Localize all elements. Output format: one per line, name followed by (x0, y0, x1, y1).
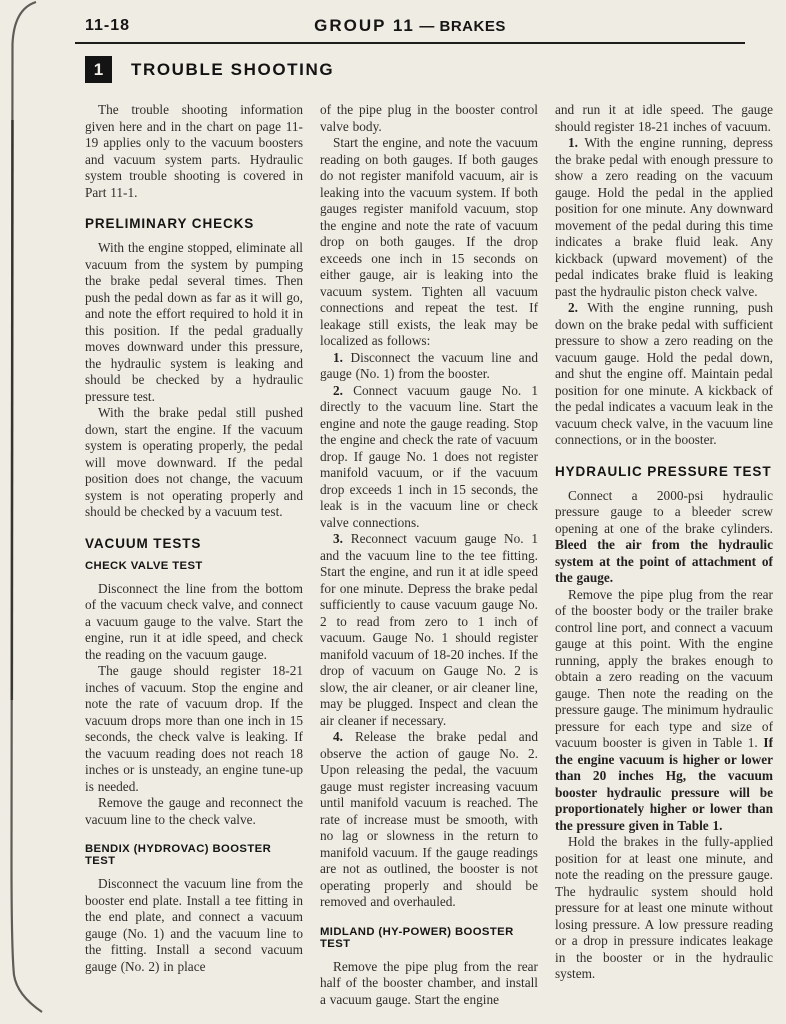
sub-heading: CHECK VALVE TEST (85, 560, 303, 572)
paragraph: 3. Reconnect vacuum gauge No. 1 and the … (320, 531, 538, 729)
paragraph: Disconnect the vacuum line from the boos… (85, 876, 303, 975)
header-rule (75, 42, 745, 44)
section-heading: PRELIMINARY CHECKS (85, 216, 303, 231)
section-number-badge: 1 (85, 56, 112, 83)
group-title-sub: — BRAKES (419, 18, 506, 35)
sub-heading: BENDIX (HYDROVAC) BOOSTER TEST (85, 843, 303, 867)
paragraph: Start the engine, and note the vacuum re… (320, 135, 538, 350)
paragraph: 1. Disconnect the vacuum line and gauge … (320, 350, 538, 383)
text-columns: The trouble shooting information given h… (85, 102, 773, 1018)
paragraph: 2. Connect vacuum gauge No. 1 directly t… (320, 383, 538, 532)
paragraph: Hold the brakes in the fully-applied pos… (555, 834, 773, 983)
section-title: TROUBLE SHOOTING (131, 60, 334, 80)
paragraph: of the pipe plug in the booster control … (320, 102, 538, 135)
section-heading-row: 1 TROUBLE SHOOTING (85, 56, 334, 83)
paragraph: and run it at idle speed. The gauge shou… (555, 102, 773, 135)
paragraph: The trouble shooting information given h… (85, 102, 303, 201)
column-1: The trouble shooting information given h… (85, 102, 303, 1018)
paragraph: Remove the gauge and reconnect the vacuu… (85, 795, 303, 828)
group-title-main: GROUP 11 (314, 16, 415, 35)
paragraph: 1. With the engine running, depress the … (555, 135, 773, 300)
section-heading: HYDRAULIC PRESSURE TEST (555, 464, 773, 479)
paragraph: Remove the pipe plug from the rear half … (320, 959, 538, 1009)
scanned-manual-page: { "colors": { "paper": "#efece3", "ink":… (0, 0, 786, 1024)
section-heading: VACUUM TESTS (85, 536, 303, 551)
paragraph: With the engine stopped, eliminate all v… (85, 240, 303, 405)
column-2: of the pipe plug in the booster control … (320, 102, 538, 1018)
paragraph: 4. Release the brake pedal and observe t… (320, 729, 538, 911)
paragraph: Remove the pipe plug from the rear of th… (555, 587, 773, 835)
paragraph: Connect a 2000-psi hydraulic pressure ga… (555, 488, 773, 587)
paragraph: 2. With the engine running, push down on… (555, 300, 773, 449)
group-title: GROUP 11 — BRAKES (75, 16, 745, 36)
paragraph: Disconnect the line from the bottom of t… (85, 581, 303, 664)
paragraph: With the brake pedal still pushed down, … (85, 405, 303, 521)
page-header: 11-18 GROUP 11 — BRAKES (75, 14, 745, 40)
sub-heading: MIDLAND (HY-POWER) BOOSTER TEST (320, 926, 538, 950)
column-3: and run it at idle speed. The gauge shou… (555, 102, 773, 1018)
paragraph: The gauge should register 18-21 inches o… (85, 663, 303, 795)
